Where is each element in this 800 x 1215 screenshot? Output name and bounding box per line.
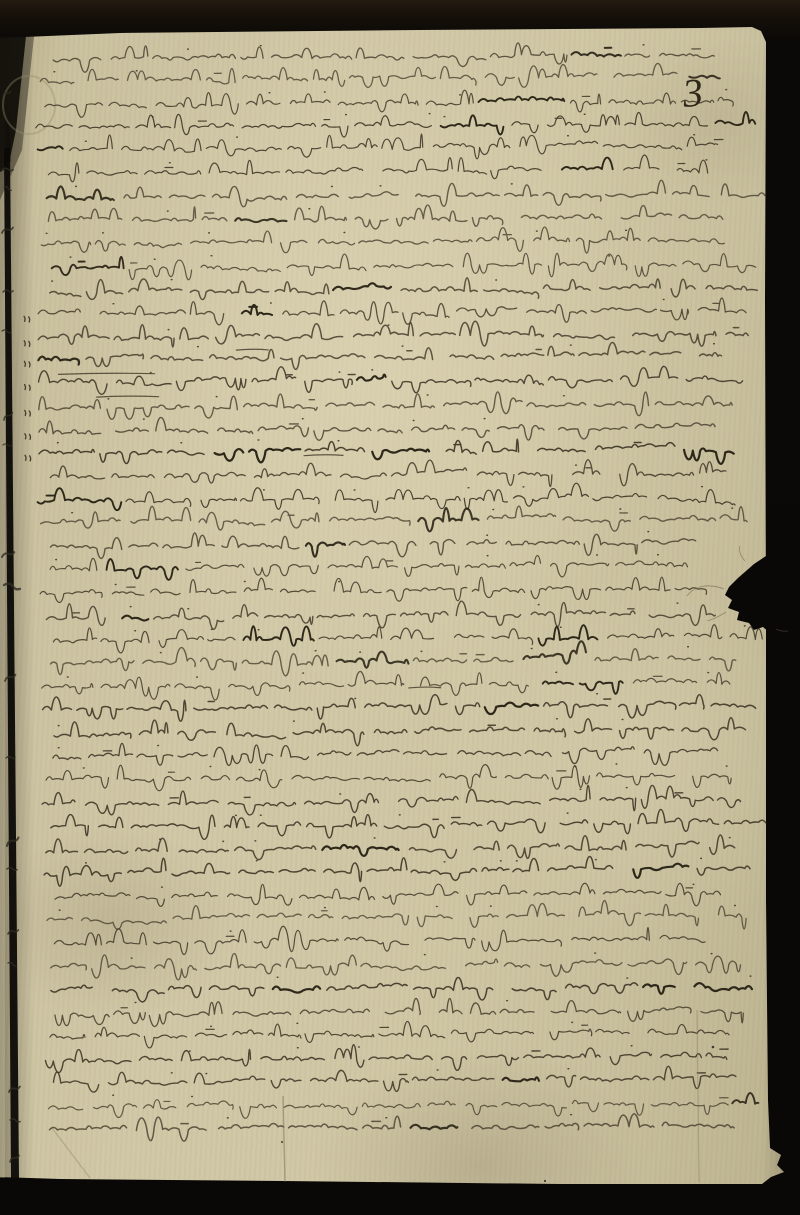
handwriting-line-bold (242, 305, 272, 315)
handwriting-line (48, 1096, 728, 1120)
handwriting-line-bold (336, 641, 586, 668)
page-number: 3 (680, 69, 705, 116)
quotation-mark (25, 410, 31, 416)
handwriting-layer: 3 (0, 0, 800, 1215)
handwriting-line-bold (52, 257, 124, 275)
handwriting-line (54, 923, 705, 955)
handwriting-line (46, 599, 715, 630)
handwriting-line-bold (235, 218, 286, 222)
handwriting-line (39, 414, 715, 444)
handwriting-line (55, 881, 721, 910)
handwriting-line (53, 1066, 736, 1094)
handwriting-line (51, 976, 638, 1003)
quotation-mark (24, 361, 30, 367)
handwriting-line (50, 458, 726, 490)
handwriting-line-bold (215, 445, 734, 467)
handwriting-line (124, 180, 765, 209)
handwriting-line (42, 784, 741, 816)
ink-dots (45, 42, 752, 1120)
handwriting-line-bold (732, 1093, 758, 1104)
handwriting-line (51, 809, 766, 841)
handwriting-line-bold (322, 845, 398, 857)
handwriting-line (47, 900, 746, 934)
ink-speck (281, 1141, 283, 1143)
paper-damage (52, 546, 800, 1182)
underline-stroke (409, 687, 441, 688)
tear-hole (725, 550, 800, 638)
underline-stroke (236, 349, 268, 350)
handwriting-line-bold (106, 559, 178, 581)
handwriting-line-bold (441, 112, 756, 135)
handwriting-line (44, 854, 750, 886)
quotation-mark (25, 434, 31, 440)
manuscript-scan: 3 (0, 0, 800, 1215)
handwriting-line (41, 502, 748, 535)
handwriting-line (129, 251, 756, 280)
handwriting-line-bold (47, 186, 114, 200)
handwriting-line (42, 692, 755, 722)
handwriting-line-bold (543, 681, 623, 694)
handwriting-line (38, 319, 748, 350)
paper-crease (283, 1096, 285, 1182)
handwriting-line-bold (503, 1077, 539, 1081)
handwriting-line (55, 996, 743, 1027)
handwriting-line-bold (306, 542, 345, 556)
ink-speck (544, 1180, 546, 1182)
quotation-mark (25, 385, 31, 391)
handwriting-line (49, 1113, 734, 1142)
handwriting-line-bold (37, 488, 121, 511)
handwriting-line (41, 226, 724, 257)
handwriting-line-bold (122, 616, 148, 621)
handwriting-line (36, 111, 708, 140)
handwriting-line-bold (243, 624, 597, 648)
ink-speck (712, 1046, 715, 1049)
handwriting-line (38, 298, 746, 327)
handwriting-line (126, 482, 735, 514)
handwriting-line-bold (562, 157, 613, 169)
handwriting-line (50, 644, 735, 678)
underline-stroke (58, 373, 154, 374)
quotation-mark (24, 316, 30, 322)
handwriting-line (38, 364, 742, 396)
handwriting-line (86, 342, 722, 371)
handwriting-line-bold (38, 356, 79, 365)
handwriting-line (40, 63, 677, 90)
handwriting-line (70, 131, 723, 162)
handwriting-line (54, 716, 746, 748)
handwriting-line (50, 275, 758, 302)
handwriting-line (45, 88, 734, 117)
handwriting-line (39, 390, 733, 420)
handwriting-line-bold (478, 96, 564, 102)
quotation-mark (24, 341, 30, 347)
handwriting-line-bold (38, 146, 63, 150)
handwriting-line (42, 669, 730, 701)
crack-line (740, 546, 745, 561)
gutter-shadow (4, 148, 19, 1179)
handwriting-line (48, 203, 723, 231)
paper-crease (697, 1010, 699, 1182)
handwriting-line-bold (333, 283, 391, 290)
handwriting-block (22, 41, 771, 1142)
handwriting-line-bold (418, 508, 478, 532)
handwriting-line (53, 739, 718, 769)
adjacent-page-sliver (0, 150, 5, 1178)
handwriting-line-bold (633, 864, 688, 878)
handwriting-line (50, 530, 695, 560)
handwriting-line (40, 575, 707, 603)
handwriting-lines (22, 41, 771, 1142)
quotation-mark (25, 455, 31, 461)
handwriting-line-bold (571, 48, 621, 57)
handwriting-line-bold (485, 702, 538, 714)
handwriting-line-bold (357, 374, 386, 380)
underline-stroke (97, 396, 159, 397)
underline-stroke (304, 455, 343, 456)
handwriting-line-bold (411, 1125, 458, 1130)
handwriting-line (53, 623, 762, 653)
handwriting-line (46, 761, 731, 793)
handwriting-line (39, 438, 675, 464)
handwriting-line (51, 950, 741, 981)
paper-crease (52, 1128, 90, 1178)
page-edge-shadows (0, 36, 34, 1179)
